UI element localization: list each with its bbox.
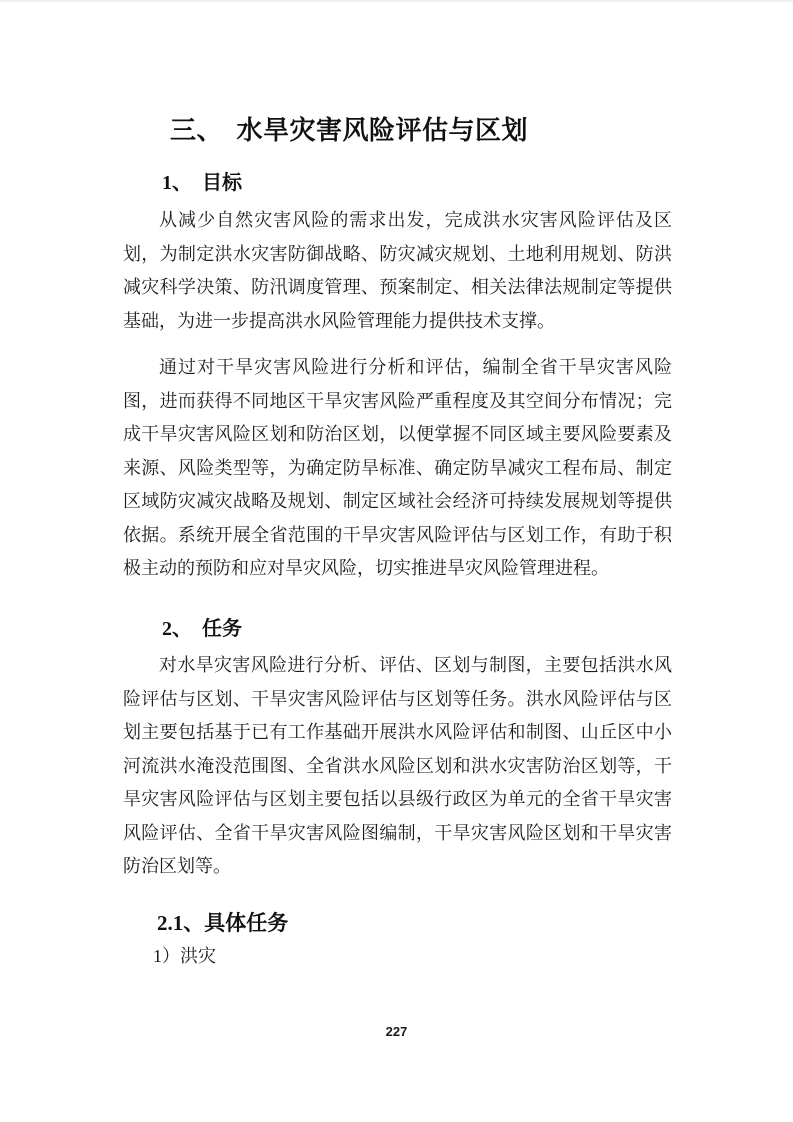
- page-number: 227: [0, 1024, 793, 1039]
- section-heading-specific-tasks: 2.1、具体任务: [157, 907, 288, 937]
- section-heading-task: 2、 任务: [162, 612, 242, 641]
- paragraph-task-1: 对水旱灾害风险进行分析、评估、区划与制图，主要包括洪水风险评估与区划、干旱灾害风…: [123, 649, 672, 884]
- document-page: 三、 水旱灾害风险评估与区划 1、 目标 从减少自然灾害风险的需求出发，完成洪水…: [0, 0, 793, 1122]
- list-item-flood: 1）洪灾: [153, 942, 216, 968]
- paragraph-goal-2: 通过对干旱灾害风险进行分析和评估，编制全省干旱灾害风险图，进而获得不同地区干旱灾…: [123, 351, 672, 586]
- paragraph-goal-1: 从减少自然灾害风险的需求出发，完成洪水灾害风险评估及区划，为制定洪水灾害防御战略…: [123, 204, 672, 338]
- page-title: 三、 水旱灾害风险评估与区划: [170, 110, 528, 147]
- section-heading-goal: 1、 目标: [162, 166, 242, 195]
